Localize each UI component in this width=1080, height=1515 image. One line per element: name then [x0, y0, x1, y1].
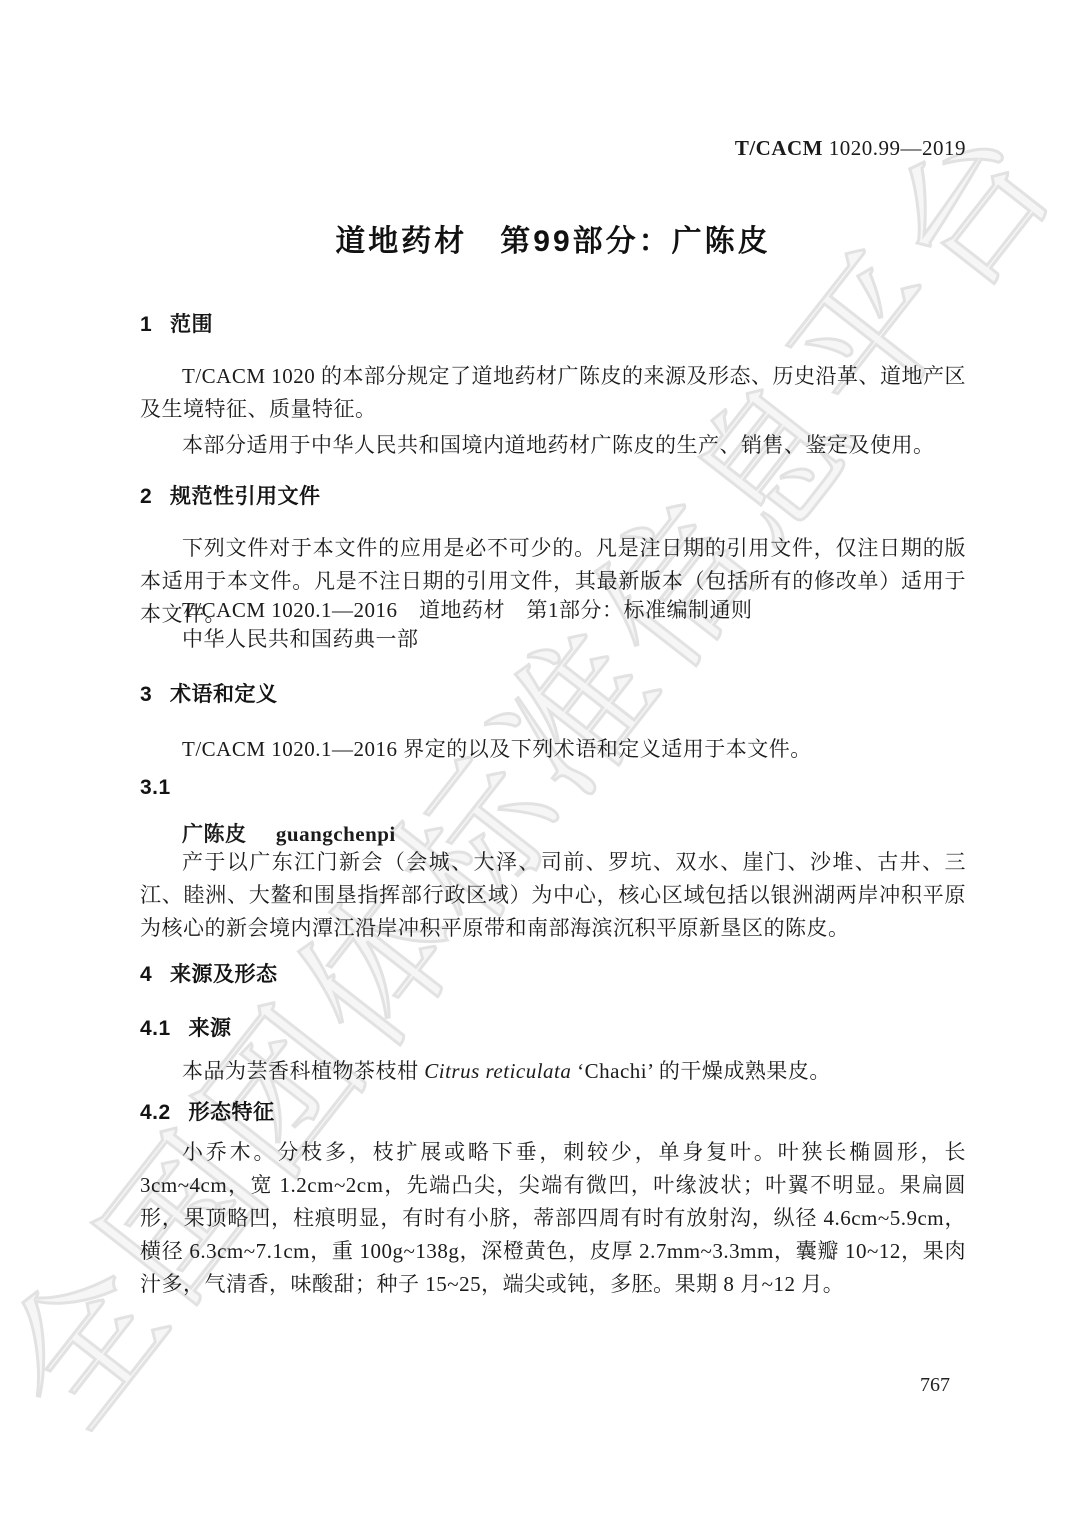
subsection-4-1-number: 4.1	[140, 1017, 171, 1041]
section-2-number: 2	[140, 485, 152, 509]
morphology-paragraph: 小乔木。分枝多，枝扩展或略下垂，刺较少，单身复叶。叶狭长椭圆形，长 3cm~4c…	[140, 1136, 966, 1301]
section-2-reference-2: 中华人民共和国药典一部	[140, 623, 966, 656]
section-4-heading: 4来源及形态	[140, 958, 966, 988]
section-2-heading: 2规范性引用文件	[140, 480, 966, 510]
source-text-prefix: 本品为芸香科植物茶枝柑	[182, 1059, 424, 1083]
section-3-title: 术语和定义	[170, 683, 278, 706]
standard-code-number: 1020.99—2019	[823, 136, 966, 160]
section-1-number: 1	[140, 313, 152, 337]
section-3-paragraph-1: T/CACM 1020.1—2016 界定的以及下列术语和定义适用于本文件。	[140, 733, 966, 766]
subsection-4-2-number: 4.2	[140, 1101, 171, 1125]
subsection-4-2-heading: 4.2形态特征	[140, 1096, 966, 1126]
document-page: 全国团体标准信息平台 T/CACM 1020.99—2019 道地药材 第99部…	[0, 0, 1080, 1515]
cultivar-name: ‘Chachi’	[571, 1059, 658, 1083]
standard-code: T/CACM 1020.99—2019	[140, 136, 966, 161]
subsection-4-2-title: 形态特征	[189, 1101, 275, 1124]
section-4-number: 4	[140, 963, 152, 987]
subsection-4-1-title: 来源	[189, 1017, 232, 1040]
page-number: 767	[920, 1374, 950, 1397]
section-1-heading: 1范围	[140, 308, 966, 338]
section-1-title: 范围	[170, 313, 213, 336]
term-definition-heading: 广陈皮guangchenpi	[140, 818, 966, 848]
source-text-suffix: 的干燥成熟果皮。	[659, 1059, 831, 1083]
standard-code-prefix: T/CACM	[735, 136, 823, 160]
term-chinese: 广陈皮	[182, 823, 247, 846]
section-1-paragraph-2: 本部分适用于中华人民共和国境内道地药材广陈皮的生产、销售、鉴定及使用。	[140, 429, 966, 462]
document-title: 道地药材 第99部分：广陈皮	[140, 216, 966, 260]
section-1-paragraph-1: T/CACM 1020 的本部分规定了道地药材广陈皮的来源及形态、历史沿革、道地…	[140, 360, 966, 426]
section-3-heading: 3术语和定义	[140, 678, 966, 708]
subsection-4-1-heading: 4.1来源	[140, 1012, 966, 1042]
source-paragraph: 本品为芸香科植物茶枝柑 Citrus reticulata ‘Chachi’ 的…	[140, 1055, 966, 1088]
section-3-number: 3	[140, 683, 152, 707]
term-pinyin: guangchenpi	[276, 822, 396, 846]
section-2-title: 规范性引用文件	[170, 485, 321, 508]
latin-binomial: Citrus reticulata	[424, 1059, 571, 1083]
term-definition-paragraph: 产于以广东江门新会（会城、大泽、司前、罗坑、双水、崖门、沙堆、古井、三江、睦洲、…	[140, 846, 966, 945]
section-4-title: 来源及形态	[170, 963, 278, 986]
subsection-3-1-number: 3.1	[140, 776, 966, 800]
